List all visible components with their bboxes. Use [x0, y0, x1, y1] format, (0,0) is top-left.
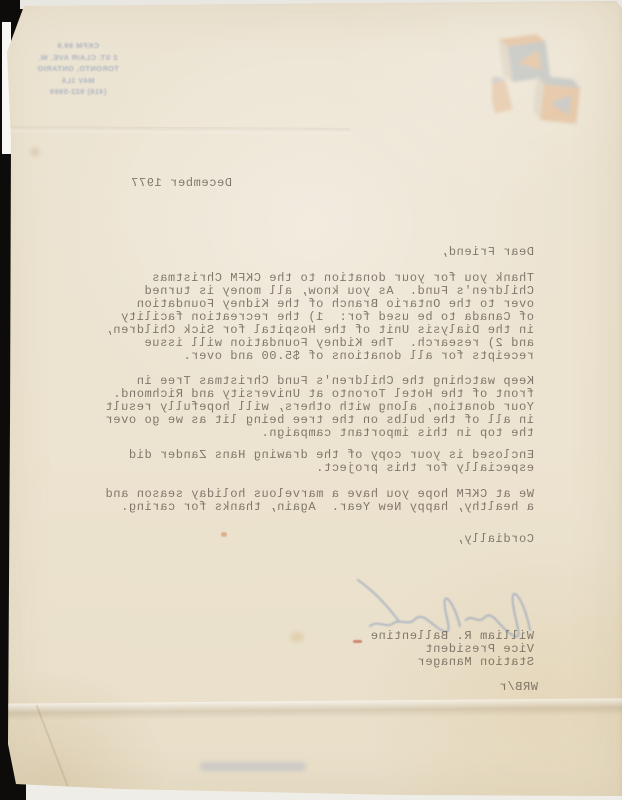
scanned-letter-page: CKFM 99.9 2 ST. CLAIR AVE. W. TORONTO, O…: [0, 0, 622, 800]
station-name: CKFM 99.9: [57, 41, 99, 50]
showthrough-smudge: [200, 762, 306, 771]
paper-sheet: CKFM 99.9 2 ST. CLAIR AVE. W. TORONTO, O…: [0, 0, 622, 800]
letterhead-address: 2 ST. CLAIR AVE. W. TORONTO, ONTARIO M4V…: [37, 53, 119, 97]
signatory-titles: Vice President Station Manager: [417, 643, 534, 669]
typist-initials: WRB/r: [499, 681, 538, 694]
salutation: Dear Friend,: [440, 246, 534, 259]
toy-blocks-icon: [492, 34, 588, 138]
closing: Cordially,: [456, 533, 534, 546]
paragraph-1: Thank you for your donation to the CKFM …: [105, 272, 534, 363]
paragraph-3: Enclosed is your copy of the drawing Han…: [128, 449, 534, 475]
paragraph-4: We at CKFM hope you have a marvelous hol…: [105, 488, 534, 514]
date-line: December 1977: [131, 177, 232, 190]
letterhead-block: CKFM 99.9 2 ST. CLAIR AVE. W. TORONTO, O…: [28, 40, 128, 98]
paragraph-2: Keep watching the Children's Fund Christ…: [105, 375, 534, 440]
mirrored-showthrough-layer: CKFM 99.9 2 ST. CLAIR AVE. W. TORONTO, O…: [0, 0, 622, 800]
